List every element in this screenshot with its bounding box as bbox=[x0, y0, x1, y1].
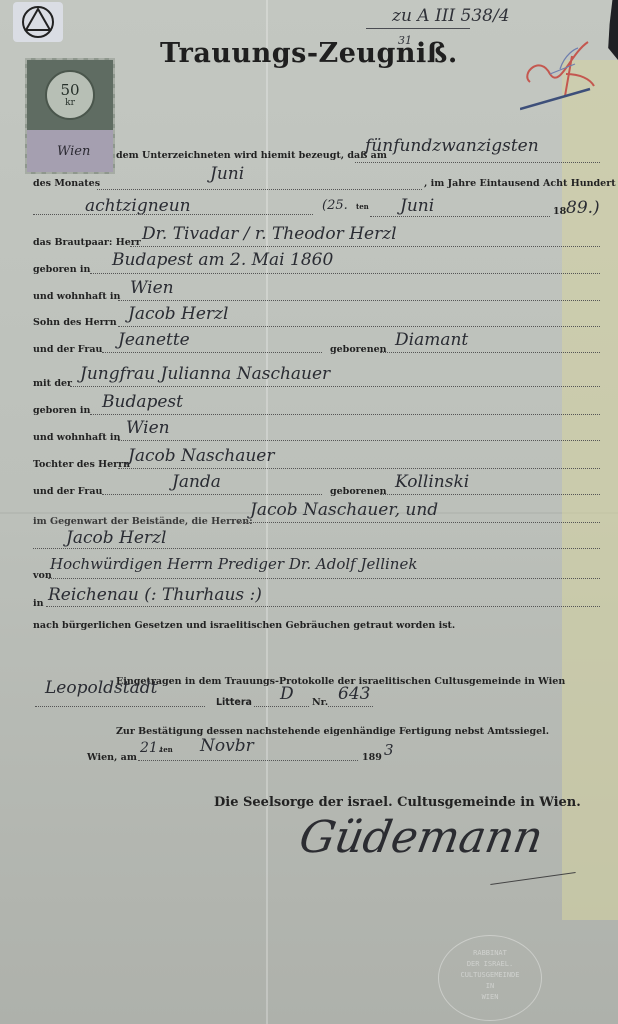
date-paren-year-prefix: 18 bbox=[553, 206, 566, 217]
field-line bbox=[370, 216, 550, 217]
field-line bbox=[380, 352, 600, 353]
field-line bbox=[355, 162, 600, 163]
groom-mother-maiden-label: geborenen bbox=[330, 344, 387, 355]
issue-year-suffix: 3 bbox=[384, 741, 394, 759]
field-line bbox=[48, 578, 600, 579]
place-date-label: Wien, am bbox=[87, 752, 137, 763]
bride-mother-value: Janda bbox=[172, 472, 221, 492]
bride-father-label: Tochter des Herrn bbox=[33, 459, 130, 470]
place-value: Reichenau (: Thurhaus :) bbox=[48, 585, 262, 605]
bride-label: mit der bbox=[33, 378, 72, 389]
reference-underline bbox=[366, 28, 470, 29]
triangle-in-circle-icon bbox=[13, 2, 63, 42]
date-paren-day: (25. bbox=[322, 198, 348, 213]
registry-number-value: 643 bbox=[338, 684, 370, 704]
revenue-stamp: 50kr Wien bbox=[25, 58, 115, 174]
confirmation-text: Zur Bestätigung dessen nachstehende eige… bbox=[116, 726, 549, 737]
stamp-value: 50 bbox=[60, 83, 79, 98]
field-line bbox=[118, 300, 600, 301]
littera-label: Littera bbox=[216, 697, 252, 708]
field-line bbox=[97, 189, 422, 190]
field-line bbox=[118, 468, 600, 469]
rabbi-signature: Güdemann bbox=[296, 812, 547, 863]
groom-father-value: Jacob Herzl bbox=[128, 304, 228, 324]
bride-mother-maiden-value: Kollinski bbox=[395, 472, 469, 492]
bride-residence-value: Wien bbox=[126, 418, 170, 438]
issue-year-prefix: 189 bbox=[362, 752, 382, 763]
groom-residence-label: und wohnhaft in bbox=[33, 291, 120, 302]
field-line bbox=[138, 760, 358, 761]
bride-born-label: geboren in bbox=[33, 405, 90, 416]
groom-mother-value: Jeanette bbox=[118, 330, 190, 350]
field-line bbox=[118, 326, 600, 327]
seal-line: CULTUSGEMEINDE bbox=[439, 970, 541, 981]
groom-born-label: geboren in bbox=[33, 264, 90, 275]
official-seal: RABBINAT DER ISRAEL. CULTUSGEMEINDE IN W… bbox=[438, 935, 542, 1021]
groom-residence-value: Wien bbox=[130, 278, 174, 298]
field-line bbox=[90, 273, 600, 274]
littera-value: D bbox=[280, 684, 294, 704]
field-line bbox=[90, 414, 600, 415]
closing-text: nach bürgerlichen Gesetzen und israeliti… bbox=[33, 620, 455, 631]
date-paren-suffix: ten bbox=[356, 202, 369, 211]
field-line bbox=[328, 706, 373, 707]
issue-month: Novbr bbox=[200, 736, 254, 756]
month-value: Juni bbox=[210, 164, 244, 184]
bride-born-value: Budapest bbox=[102, 392, 183, 412]
stamp-unit: kr bbox=[65, 98, 75, 108]
bride-father-value: Jacob Naschauer bbox=[128, 446, 274, 466]
witness-2-value: Jacob Herzl bbox=[66, 528, 166, 548]
field-line bbox=[102, 494, 322, 495]
groom-father-label: Sohn des Herrn bbox=[33, 317, 117, 328]
seal-line: DER ISRAEL. bbox=[439, 959, 541, 970]
officiant-label: von bbox=[33, 570, 52, 581]
groom-mother-label: und der Frau bbox=[33, 344, 102, 355]
field-line bbox=[46, 606, 600, 607]
witness-1-value: Jacob Naschauer, und bbox=[250, 500, 438, 520]
issue-day-suffix: ten bbox=[160, 745, 173, 754]
pencil-mark-icon bbox=[520, 34, 610, 114]
year-value: achtzigneun bbox=[85, 196, 191, 216]
field-line bbox=[70, 386, 600, 387]
field-line bbox=[35, 706, 205, 707]
date-paren-month: Juni bbox=[400, 196, 434, 216]
bride-value: Jungfrau Julianna Naschauer bbox=[80, 364, 330, 384]
repair-tape bbox=[562, 60, 618, 920]
registry-district-value: Leopoldstadt bbox=[45, 678, 157, 698]
wedding-day-value: fünfundzwanzigsten bbox=[365, 136, 539, 156]
field-line bbox=[33, 214, 313, 215]
seal-line: IN bbox=[439, 981, 541, 992]
groom-label: das Brautpaar: Herr bbox=[33, 237, 141, 248]
place-label: in bbox=[33, 598, 44, 609]
issuing-authority: Die Seelsorge der israel. Cultusgemeinde… bbox=[214, 795, 581, 810]
field-line bbox=[238, 522, 600, 523]
year-label: , im Jahre Eintausend Acht Hundert bbox=[424, 178, 616, 189]
bride-residence-label: und wohnhaft in bbox=[33, 432, 120, 443]
issue-day: 21. bbox=[140, 740, 162, 756]
number-label: Nr. bbox=[312, 697, 328, 708]
groom-value: Dr. Tivadar / r. Theodor Herzl bbox=[142, 224, 397, 244]
field-line bbox=[33, 548, 600, 549]
witnesses-label: im Gegenwart der Beistände, die Herren: bbox=[33, 516, 253, 527]
stamp-cancel-signature: Wien bbox=[57, 144, 90, 159]
groom-born-value: Budapest am 2. Mai 1860 bbox=[112, 250, 333, 270]
field-line bbox=[102, 352, 322, 353]
reference-number: zu A III 538/4 bbox=[392, 6, 510, 26]
intro-label: dem Unterzeichneten wird hiemit bezeugt,… bbox=[116, 150, 387, 161]
groom-mother-maiden-value: Diamant bbox=[395, 330, 468, 350]
field-line bbox=[380, 494, 600, 495]
field-line bbox=[118, 440, 600, 441]
field-line bbox=[130, 246, 600, 247]
officiant-value: Hochwürdigen Herrn Prediger Dr. Adolf Je… bbox=[50, 555, 417, 573]
bride-mother-maiden-label: geborenen bbox=[330, 486, 387, 497]
bride-mother-label: und der Frau bbox=[33, 486, 102, 497]
seal-line: WIEN bbox=[439, 992, 541, 1003]
date-paren-year-suffix: 89.) bbox=[566, 198, 600, 218]
month-label: des Monates bbox=[33, 178, 100, 189]
field-line bbox=[254, 706, 309, 707]
seal-line: RABBINAT bbox=[439, 948, 541, 959]
document-title: Trauungs-Zeugniß. bbox=[160, 38, 458, 69]
